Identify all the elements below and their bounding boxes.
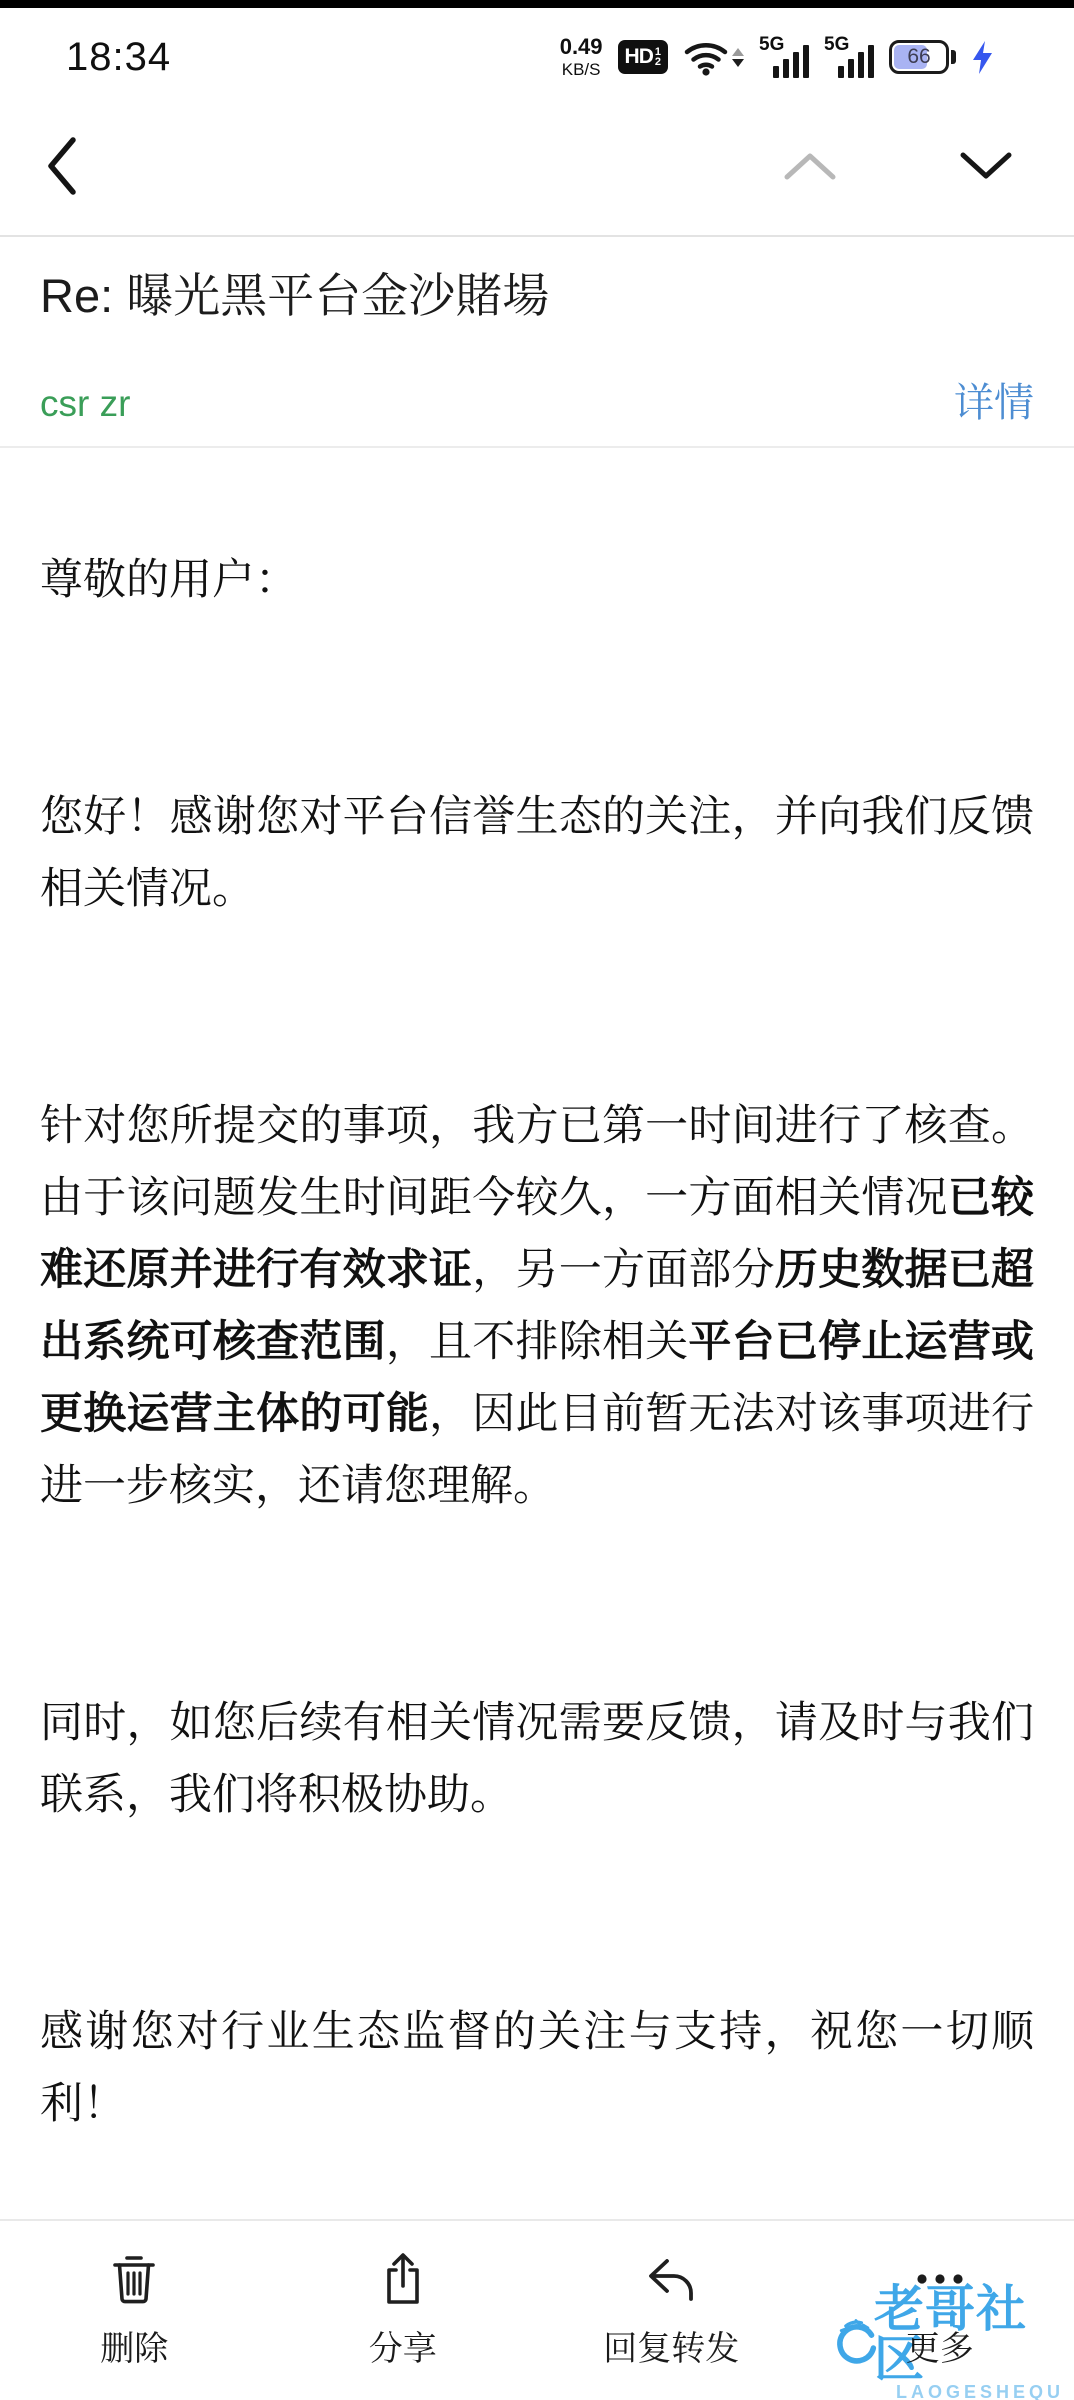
signal-sim1-icon: 5G: [759, 36, 809, 78]
share-button[interactable]: 分享: [269, 2221, 538, 2400]
email-paragraph: 尊敬的用户：: [40, 544, 1034, 616]
back-icon[interactable]: [42, 134, 82, 198]
top-black-strip: [0, 0, 1074, 8]
charging-bolt-icon: [971, 41, 994, 74]
network-speed: 0.49 KB/S: [560, 36, 603, 78]
email-paragraph: 感谢您对行业生态监督的关注与支持，祝您一切顺利！: [40, 1996, 1034, 2140]
clock: 18:34: [66, 35, 171, 80]
battery-icon: 66: [889, 40, 956, 74]
wifi-icon: [683, 38, 744, 76]
email-detail-screen: 18:34 0.49 KB/S HD 1 2: [0, 0, 1074, 2400]
toolbar-label: 删除: [100, 2321, 168, 2370]
toolbar-label: 更多: [906, 2321, 974, 2370]
status-icons: 0.49 KB/S HD 1 2: [560, 36, 994, 78]
more-icon: [912, 2249, 968, 2309]
email-body: 尊敬的用户：您好！感谢您对平台信誉生态的关注，并向我们反馈相关情况。针对您所提交…: [0, 448, 1074, 2140]
nav-bar: [0, 96, 1074, 237]
share-icon: [375, 2249, 431, 2309]
status-bar: 18:34 0.49 KB/S HD 1 2: [0, 8, 1074, 96]
previous-mail-icon[interactable]: [782, 149, 838, 183]
mail-subject: Re: 曝光黑平台金沙賭場: [40, 267, 1034, 325]
details-link[interactable]: 详情: [954, 371, 1034, 428]
more-button[interactable]: 更多: [806, 2221, 1074, 2400]
signal-sim2-icon: 5G: [824, 36, 874, 78]
hd-voice-icon: HD 1 2: [618, 40, 668, 74]
traffic-arrows-icon: [732, 48, 744, 67]
email-paragraph: 针对您所提交的事项，我方已第一时间进行了核查。由于该问题发生时间距今较久，一方面…: [40, 1090, 1034, 1522]
toolbar-label: 分享: [369, 2321, 437, 2370]
reply-forward-button[interactable]: 回复转发: [537, 2221, 806, 2400]
mail-header: Re: 曝光黑平台金沙賭場 csr zr 详情: [0, 237, 1074, 448]
bottom-toolbar: 删除 分享 回复转发: [0, 2219, 1074, 2400]
email-paragraph: 同时，如您后续有相关情况需要反馈，请及时与我们联系，我们将积极协助。: [40, 1687, 1034, 1831]
email-paragraph: 您好！感谢您对平台信誉生态的关注，并向我们反馈相关情况。: [40, 781, 1034, 925]
reply-forward-icon: [641, 2249, 701, 2309]
delete-button[interactable]: 删除: [0, 2221, 269, 2400]
toolbar-label: 回复转发: [603, 2321, 739, 2370]
next-mail-icon[interactable]: [958, 149, 1014, 183]
trash-icon: [106, 2249, 162, 2309]
sender-name[interactable]: csr zr: [40, 383, 130, 425]
